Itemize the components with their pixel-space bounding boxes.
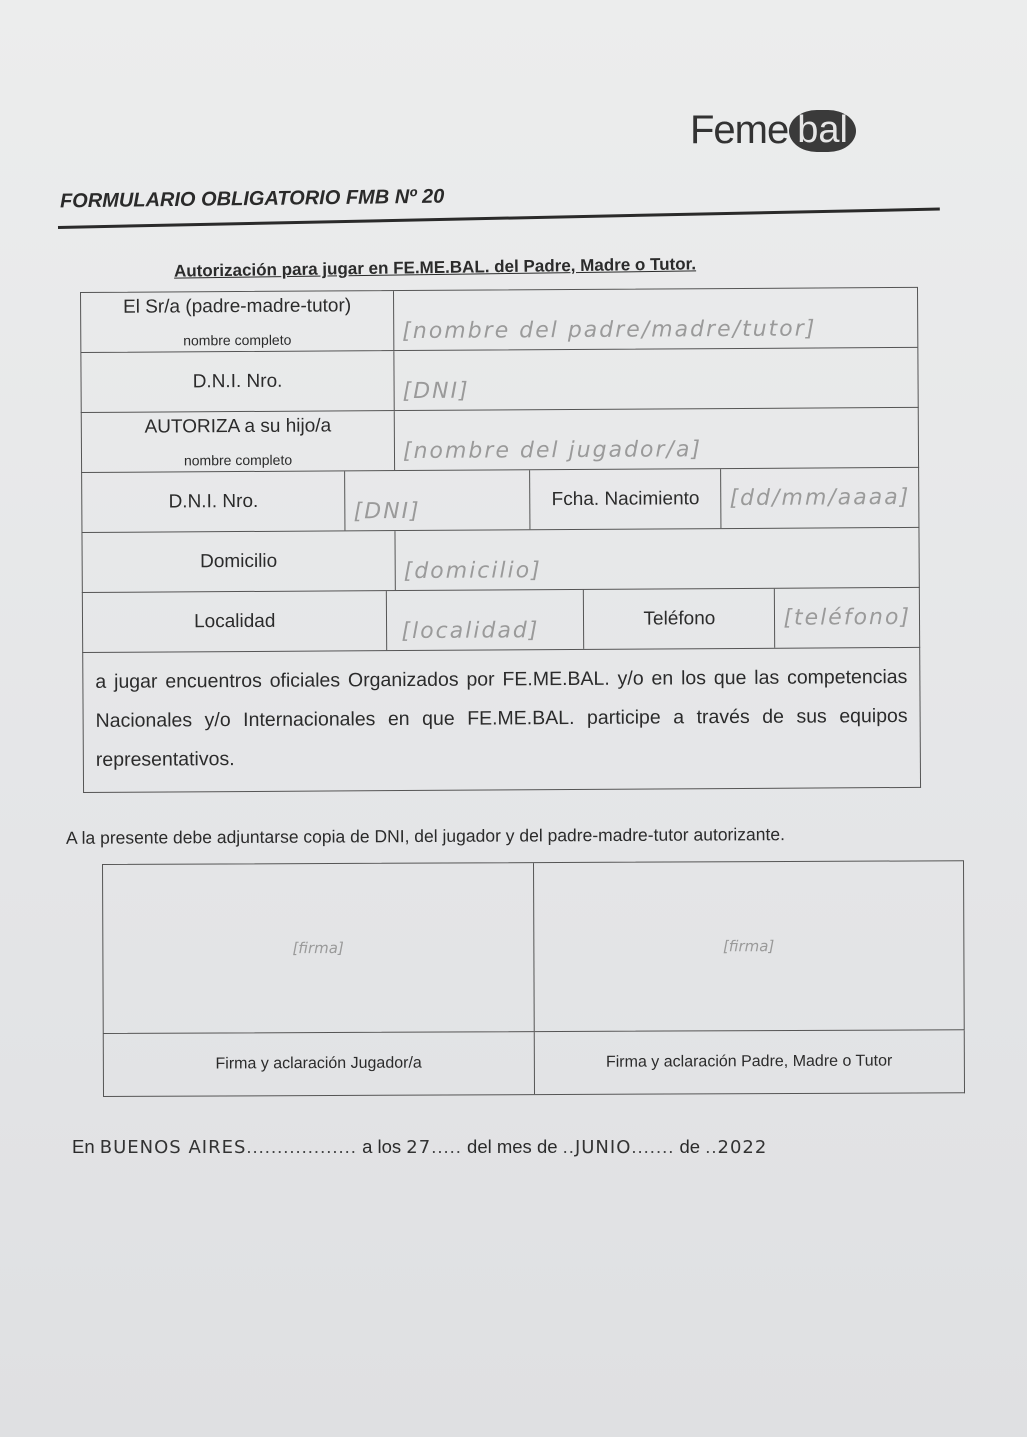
signature-table: [firma] [firma] Firma y aclaración Jugad… <box>102 860 965 1097</box>
place-prefix: En <box>72 1136 95 1157</box>
logo-text-left: Feme <box>690 108 788 153</box>
child-sublabel: nombre completo <box>184 451 292 468</box>
child-dni-value: [DNI] <box>354 499 421 524</box>
guardian-name-field[interactable]: [nombre del padre/madre/tutor] <box>394 288 917 350</box>
guardian-sublabel: nombre completo <box>183 331 291 348</box>
child-dni-split: [DNI] Fcha. Nacimiento [dd/mm/aaaa] <box>345 468 918 530</box>
femebal-logo: Feme bal <box>690 108 856 153</box>
month-label: del mes de <box>467 1136 558 1157</box>
child-name-field[interactable]: [nombre del jugador/a] <box>395 408 918 470</box>
guardian-signature-field[interactable]: [firma] <box>534 861 964 1031</box>
address-field[interactable]: [domicilio] <box>395 528 918 590</box>
month-dots: ....... <box>631 1136 674 1157</box>
child-dni-label: D.N.I. Nro. <box>82 471 346 532</box>
locality-label: Localidad <box>83 591 388 652</box>
player-signature-area: [firma] <box>103 863 533 1033</box>
day-value[interactable]: 27 <box>406 1137 431 1158</box>
phone-value: [teléfono] <box>783 605 911 631</box>
locality-value: [localidad] <box>401 618 539 644</box>
month-value[interactable]: JUNIO <box>575 1137 631 1158</box>
phone-label: Teléfono <box>584 589 775 649</box>
year-dots: .. <box>705 1136 717 1157</box>
player-signature-field[interactable]: [firma] <box>103 863 534 1033</box>
signature-row: [firma] [firma] <box>102 860 965 1034</box>
authorizes-label: AUTORIZA a su hijo/a <box>144 415 331 438</box>
year-value[interactable]: 2022 <box>718 1137 768 1158</box>
guardian-name-value: [nombre del padre/madre/tutor] <box>402 317 816 345</box>
phone-field[interactable]: [teléfono] <box>775 588 919 648</box>
days-label: a los <box>362 1136 401 1157</box>
child-name-row: AUTORIZA a su hijo/a nombre completo [no… <box>81 408 919 473</box>
guardian-dni-row: D.N.I. Nro. [DNI] <box>80 348 918 413</box>
authorization-form-table: El Sr/a (padre-madre-tutor) nombre compl… <box>80 287 921 793</box>
authorization-body-text: a jugar encuentros oficiales Organizados… <box>82 648 921 793</box>
authorization-heading: Autorización para jugar en FE.ME.BAL. de… <box>174 254 696 281</box>
month-dots-before: .. <box>563 1136 575 1157</box>
address-row: Domicilio [domicilio] <box>81 528 919 593</box>
child-dni-row: D.N.I. Nro. [DNI] Fcha. Nacimiento [dd/m… <box>81 468 919 533</box>
locality-row: Localidad [localidad] Teléfono [teléfono… <box>82 588 920 653</box>
guardian-signature-area: [firma] <box>534 861 964 1031</box>
guardian-label: El Sr/a (padre-madre-tutor) <box>123 295 351 318</box>
locality-split: [localidad] Teléfono [teléfono] <box>387 588 919 650</box>
logo-text-right: bal <box>789 110 856 152</box>
place-dots: .................. <box>246 1136 357 1157</box>
attachment-note: A la presente debe adjuntarse copia de D… <box>66 824 785 849</box>
child-dni-field[interactable]: [DNI] <box>345 470 530 530</box>
guardian-dni-value: [DNI] <box>403 379 470 404</box>
address-label: Domicilio <box>82 531 395 592</box>
birth-date-value: [dd/mm/aaaa] <box>729 485 910 511</box>
child-label-cell: AUTORIZA a su hijo/a nombre completo <box>82 411 395 472</box>
guardian-signature-placeholder: [firma] <box>723 937 774 955</box>
signature-caption-row: Firma y aclaración Jugador/a Firma y acl… <box>103 1030 965 1097</box>
locality-field[interactable]: [localidad] <box>387 590 584 650</box>
birth-date-label: Fcha. Nacimiento <box>530 469 721 529</box>
player-signature-caption: Firma y aclaración Jugador/a <box>104 1032 535 1096</box>
child-name-value: [nombre del jugador/a] <box>403 437 702 464</box>
form-title: FORMULARIO OBLIGATORIO FMB Nº 20 <box>60 186 445 214</box>
day-dots: ..... <box>431 1136 462 1157</box>
address-value: [domicilio] <box>404 558 542 584</box>
year-label: de <box>680 1136 701 1157</box>
birth-date-field[interactable]: [dd/mm/aaaa] <box>721 468 918 528</box>
guardian-dni-label: D.N.I. Nro. <box>81 351 394 412</box>
guardian-signature-caption: Firma y aclaración Padre, Madre o Tutor <box>534 1030 964 1094</box>
guardian-label-cell: El Sr/a (padre-madre-tutor) nombre compl… <box>81 291 394 352</box>
player-signature-placeholder: [firma] <box>292 939 343 957</box>
place-value[interactable]: BUENOS AIRES <box>100 1137 247 1158</box>
guardian-name-row: El Sr/a (padre-madre-tutor) nombre compl… <box>80 287 918 353</box>
guardian-dni-field[interactable]: [DNI] <box>394 348 917 410</box>
document-page: Feme bal FORMULARIO OBLIGATORIO FMB Nº 2… <box>0 0 1027 1437</box>
place-date-line: En BUENOS AIRES.................. a los … <box>72 1136 767 1158</box>
